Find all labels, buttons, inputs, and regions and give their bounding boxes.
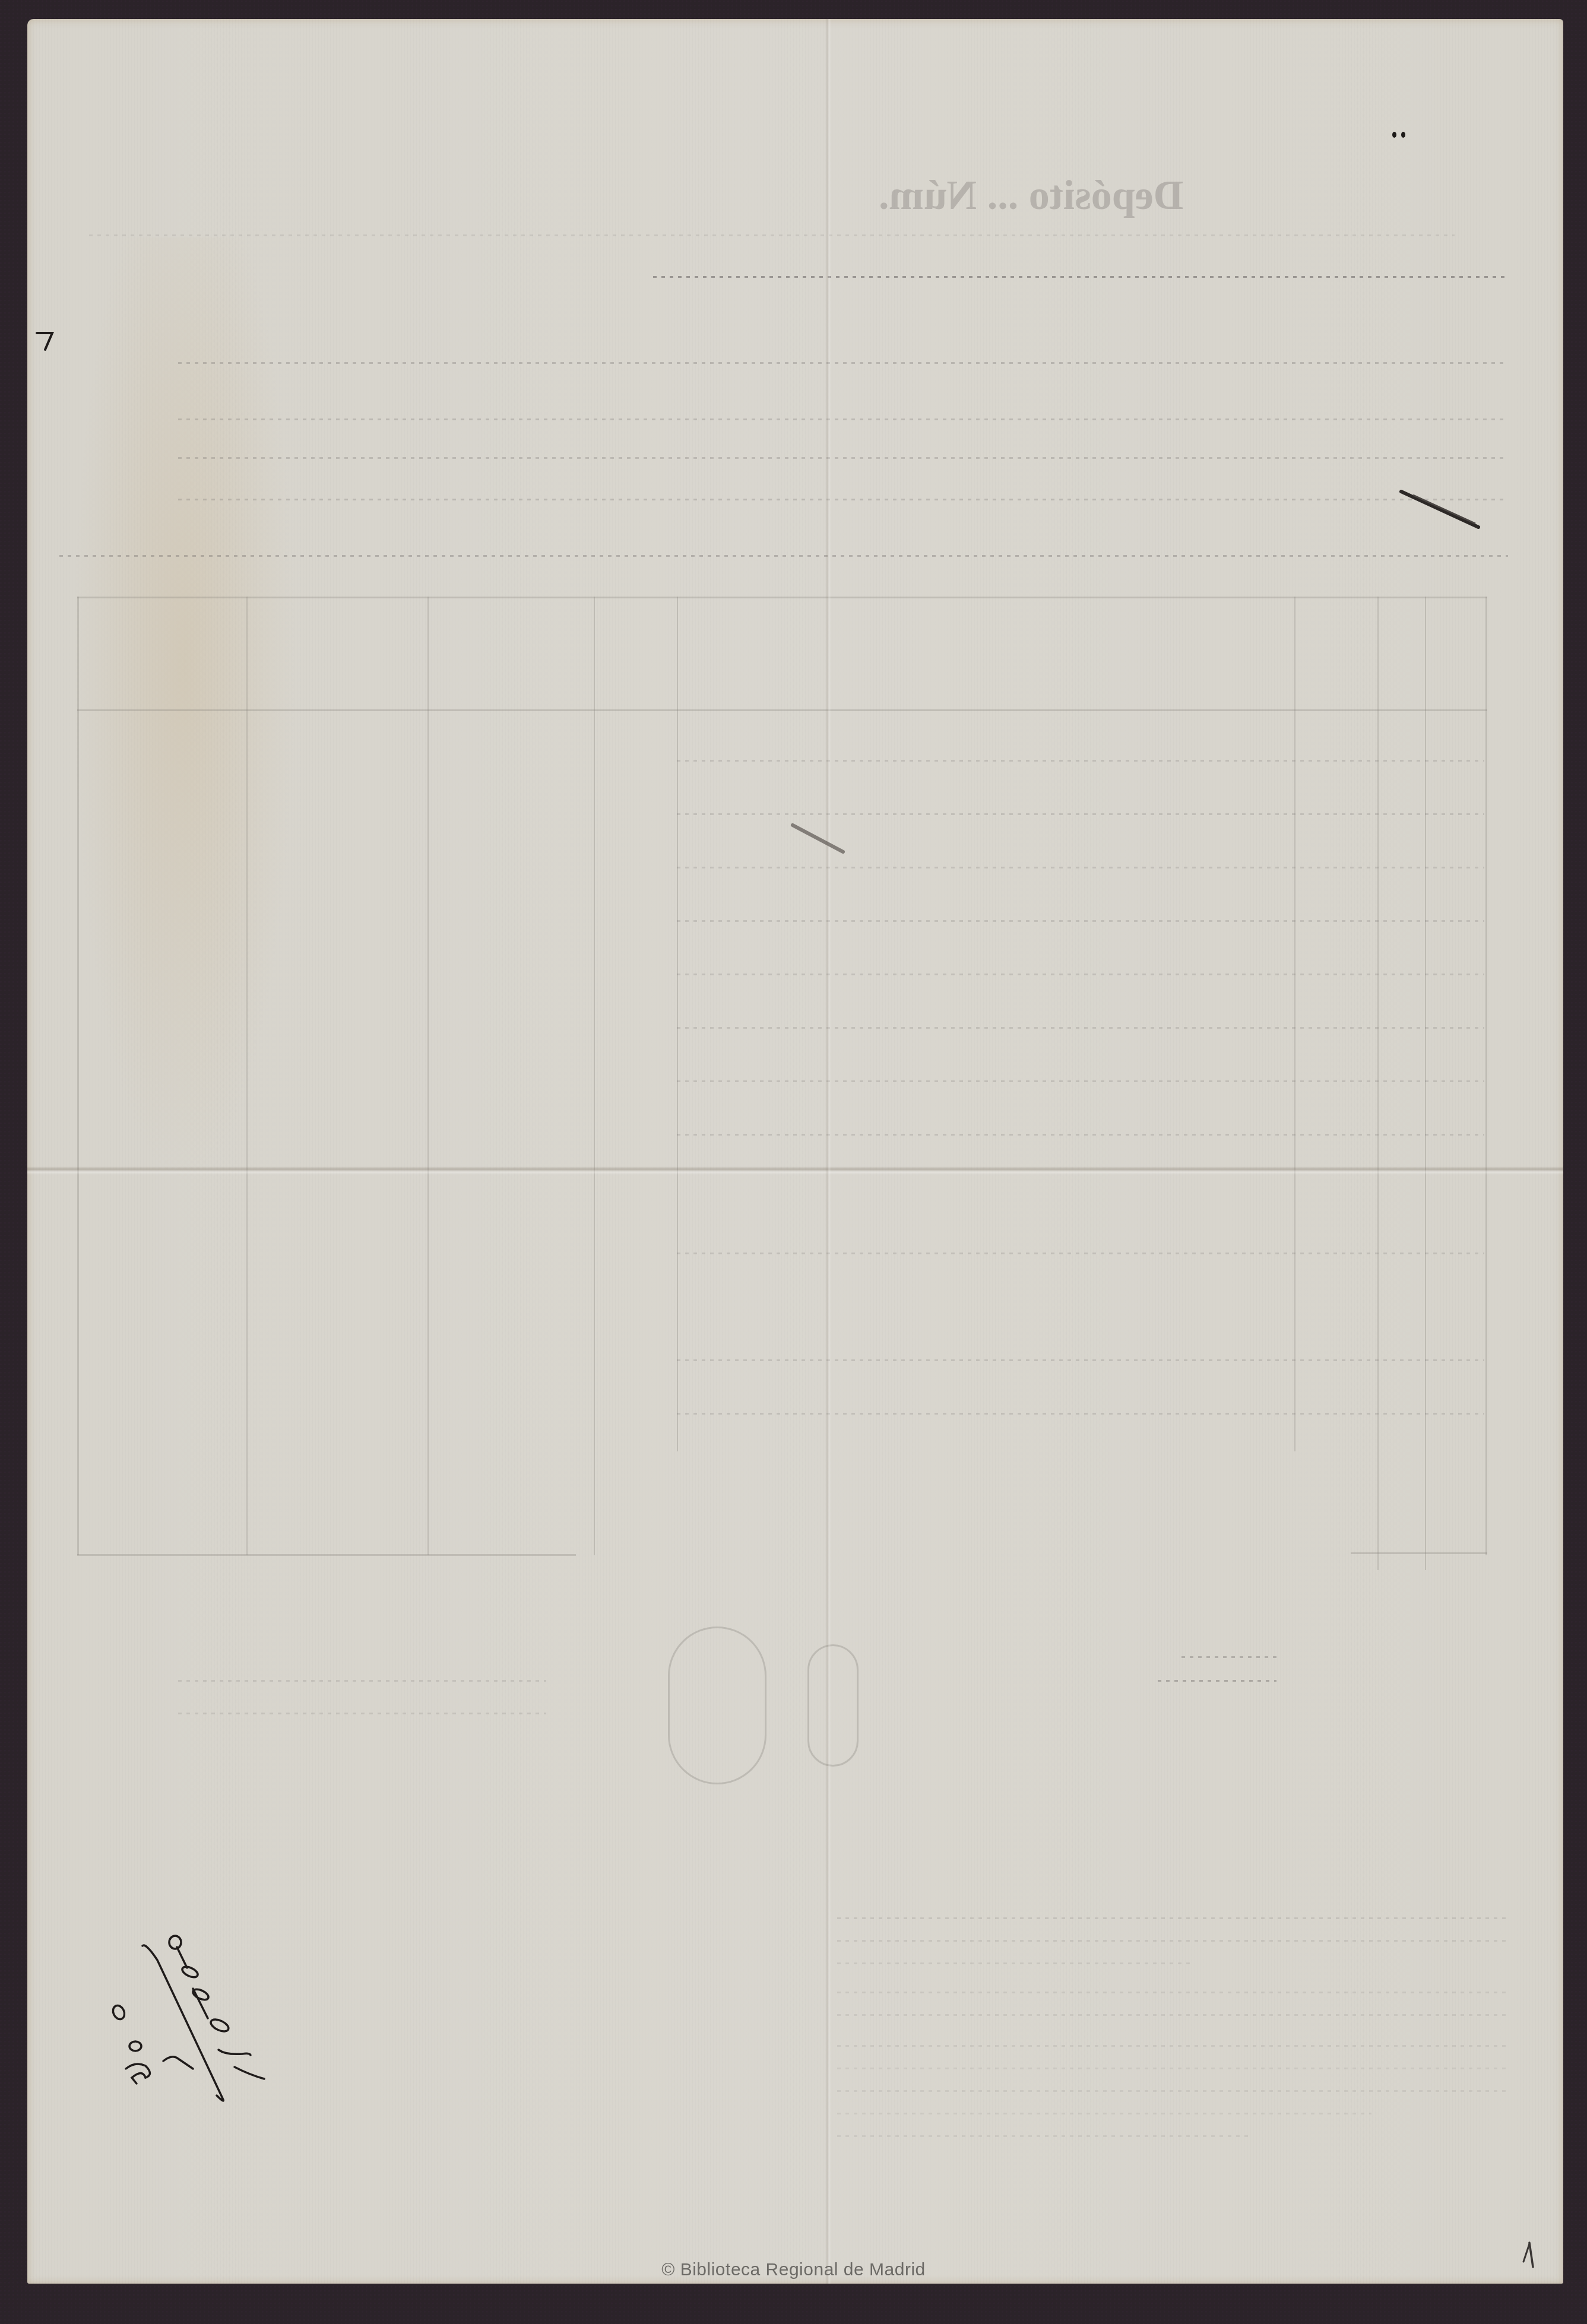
show-through-rule — [178, 418, 1508, 420]
table-col — [246, 597, 248, 1555]
show-through-notes — [837, 2068, 1508, 2069]
pencil-stroke — [784, 819, 849, 861]
show-through-notes — [837, 2014, 1508, 2016]
table-col — [594, 597, 595, 1555]
table-row-rule — [677, 760, 1484, 762]
show-through-rule — [178, 362, 1508, 364]
table-col — [1425, 597, 1426, 1570]
table-col — [1377, 597, 1379, 1570]
water-stain — [71, 237, 297, 1187]
show-through-notes — [837, 1962, 1193, 1964]
show-through-rule — [59, 555, 1508, 557]
table-row-rule — [677, 1080, 1484, 1082]
show-through-rule — [89, 234, 1455, 236]
show-through-notes — [837, 1917, 1508, 1919]
horizontal-fold-crease — [27, 1166, 1563, 1175]
library-watermark: © Biblioteca Regional de Madrid — [0, 2260, 1587, 2280]
pinhole-mark — [1401, 132, 1405, 138]
table-col — [1294, 597, 1295, 1451]
show-through-rule — [178, 457, 1508, 459]
table-row-rule — [677, 920, 1484, 922]
show-through-notes — [837, 1940, 1508, 1942]
table-row-rule — [677, 867, 1484, 868]
show-through-notes — [837, 2135, 1253, 2137]
table-border-right — [1485, 597, 1487, 1555]
table-row-rule — [677, 1134, 1484, 1136]
table-row-rule — [677, 1027, 1484, 1029]
table-row-rule — [677, 1359, 1484, 1361]
show-through-stamp — [1158, 1680, 1276, 1682]
table-row-rule — [677, 1253, 1484, 1254]
show-through-notes — [837, 1992, 1508, 1993]
table-row-rule — [677, 1413, 1484, 1415]
show-through-rule — [653, 276, 1508, 278]
table-border-left — [77, 597, 79, 1555]
table-bottom — [77, 1554, 576, 1556]
table-border-top — [77, 597, 1487, 598]
show-through-notes — [837, 2113, 1371, 2114]
show-through-rule — [178, 499, 1508, 500]
show-through-stamp — [1181, 1656, 1276, 1658]
show-through-notes — [837, 2045, 1508, 2047]
table-row-rule — [677, 974, 1484, 975]
handwritten-inventory-note — [89, 1870, 267, 2119]
table-col — [677, 597, 678, 1451]
vertical-fold-crease — [825, 19, 831, 2284]
handwritten-mark-7 — [34, 329, 58, 353]
show-through-seal — [668, 1627, 766, 1784]
show-through-signature-line — [178, 1680, 546, 1682]
show-through-header: Depósito ... Núm. — [879, 172, 1183, 220]
table-col — [427, 597, 429, 1555]
pinhole-mark — [1392, 132, 1396, 138]
table-subtotal-box — [1351, 1552, 1487, 1554]
pencil-stroke — [1389, 487, 1484, 534]
show-through-signature-line — [178, 1713, 546, 1714]
show-through-notes — [837, 2090, 1508, 2092]
show-through-seal — [807, 1644, 859, 1767]
table-row-rule — [677, 813, 1484, 815]
table-header-bottom — [77, 709, 1487, 711]
